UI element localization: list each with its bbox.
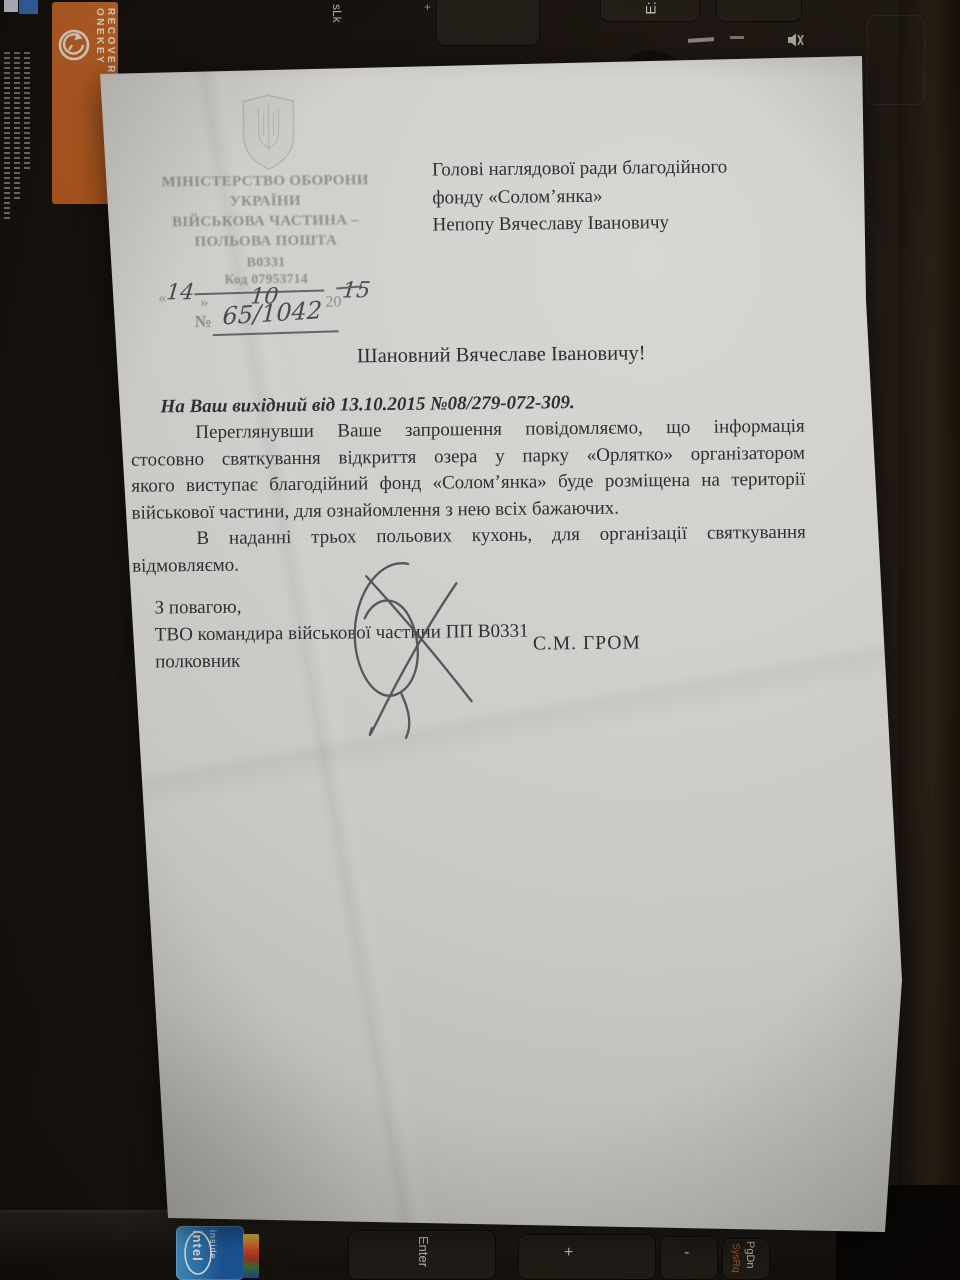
ukraine-trident-shield-icon bbox=[237, 91, 300, 174]
recipient-block: Голові наглядової ради благодійного фонд… bbox=[432, 153, 783, 239]
paper-sheet: МІНІСТЕРСТВО ОБОРОНИ УКРАЇНИ ВІЙСЬКОВА Ч… bbox=[88, 45, 910, 1237]
photo-of-letter-on-laptop: sLk E: + ONEKEY RECOVERY Enter + - bbox=[0, 0, 960, 1280]
recipient-line: Непопу Вячеславу Івановичу bbox=[432, 208, 782, 239]
salutation: Шановний Вячеславе Івановичу! bbox=[357, 342, 646, 368]
pen-underline bbox=[213, 330, 339, 336]
handwritten-year: 15 bbox=[341, 278, 371, 303]
handwritten-number: 65/1042 bbox=[222, 296, 323, 330]
signer-name: С.М. ГРОМ bbox=[533, 632, 641, 655]
handwritten-day: 14 bbox=[165, 280, 195, 305]
letterhead-line: МІНІСТЕРСТВО ОБОРОНИ bbox=[135, 172, 395, 192]
close-quote: » bbox=[200, 294, 208, 312]
letter-content: МІНІСТЕРСТВО ОБОРОНИ УКРАЇНИ ВІЙСЬКОВА Ч… bbox=[82, 41, 916, 1242]
reference-line: На Ваш вихідний від 13.10.2015 №08/279-0… bbox=[160, 392, 574, 418]
year-prefix: 20 bbox=[325, 294, 341, 312]
letter-body: Переглянувши Ваше запрошення повідомляєм… bbox=[131, 414, 807, 580]
number-sign: № bbox=[194, 312, 211, 332]
letterhead-line: ПОЛЬОВА ПОШТА bbox=[136, 232, 396, 252]
letterhead-line: УКРАЇНИ bbox=[135, 192, 395, 212]
recipient-line: фонду «Солом’янка» bbox=[432, 180, 782, 211]
letter-paper: МІНІСТЕРСТВО ОБОРОНИ УКРАЇНИ ВІЙСЬКОВА Ч… bbox=[0, 0, 960, 1280]
letterhead-line: ВІЙСЬКОВА ЧАСТИНА – bbox=[135, 212, 395, 232]
handwritten-signature bbox=[322, 557, 484, 747]
recipient-line: Голові наглядової ради благодійного bbox=[432, 153, 782, 184]
